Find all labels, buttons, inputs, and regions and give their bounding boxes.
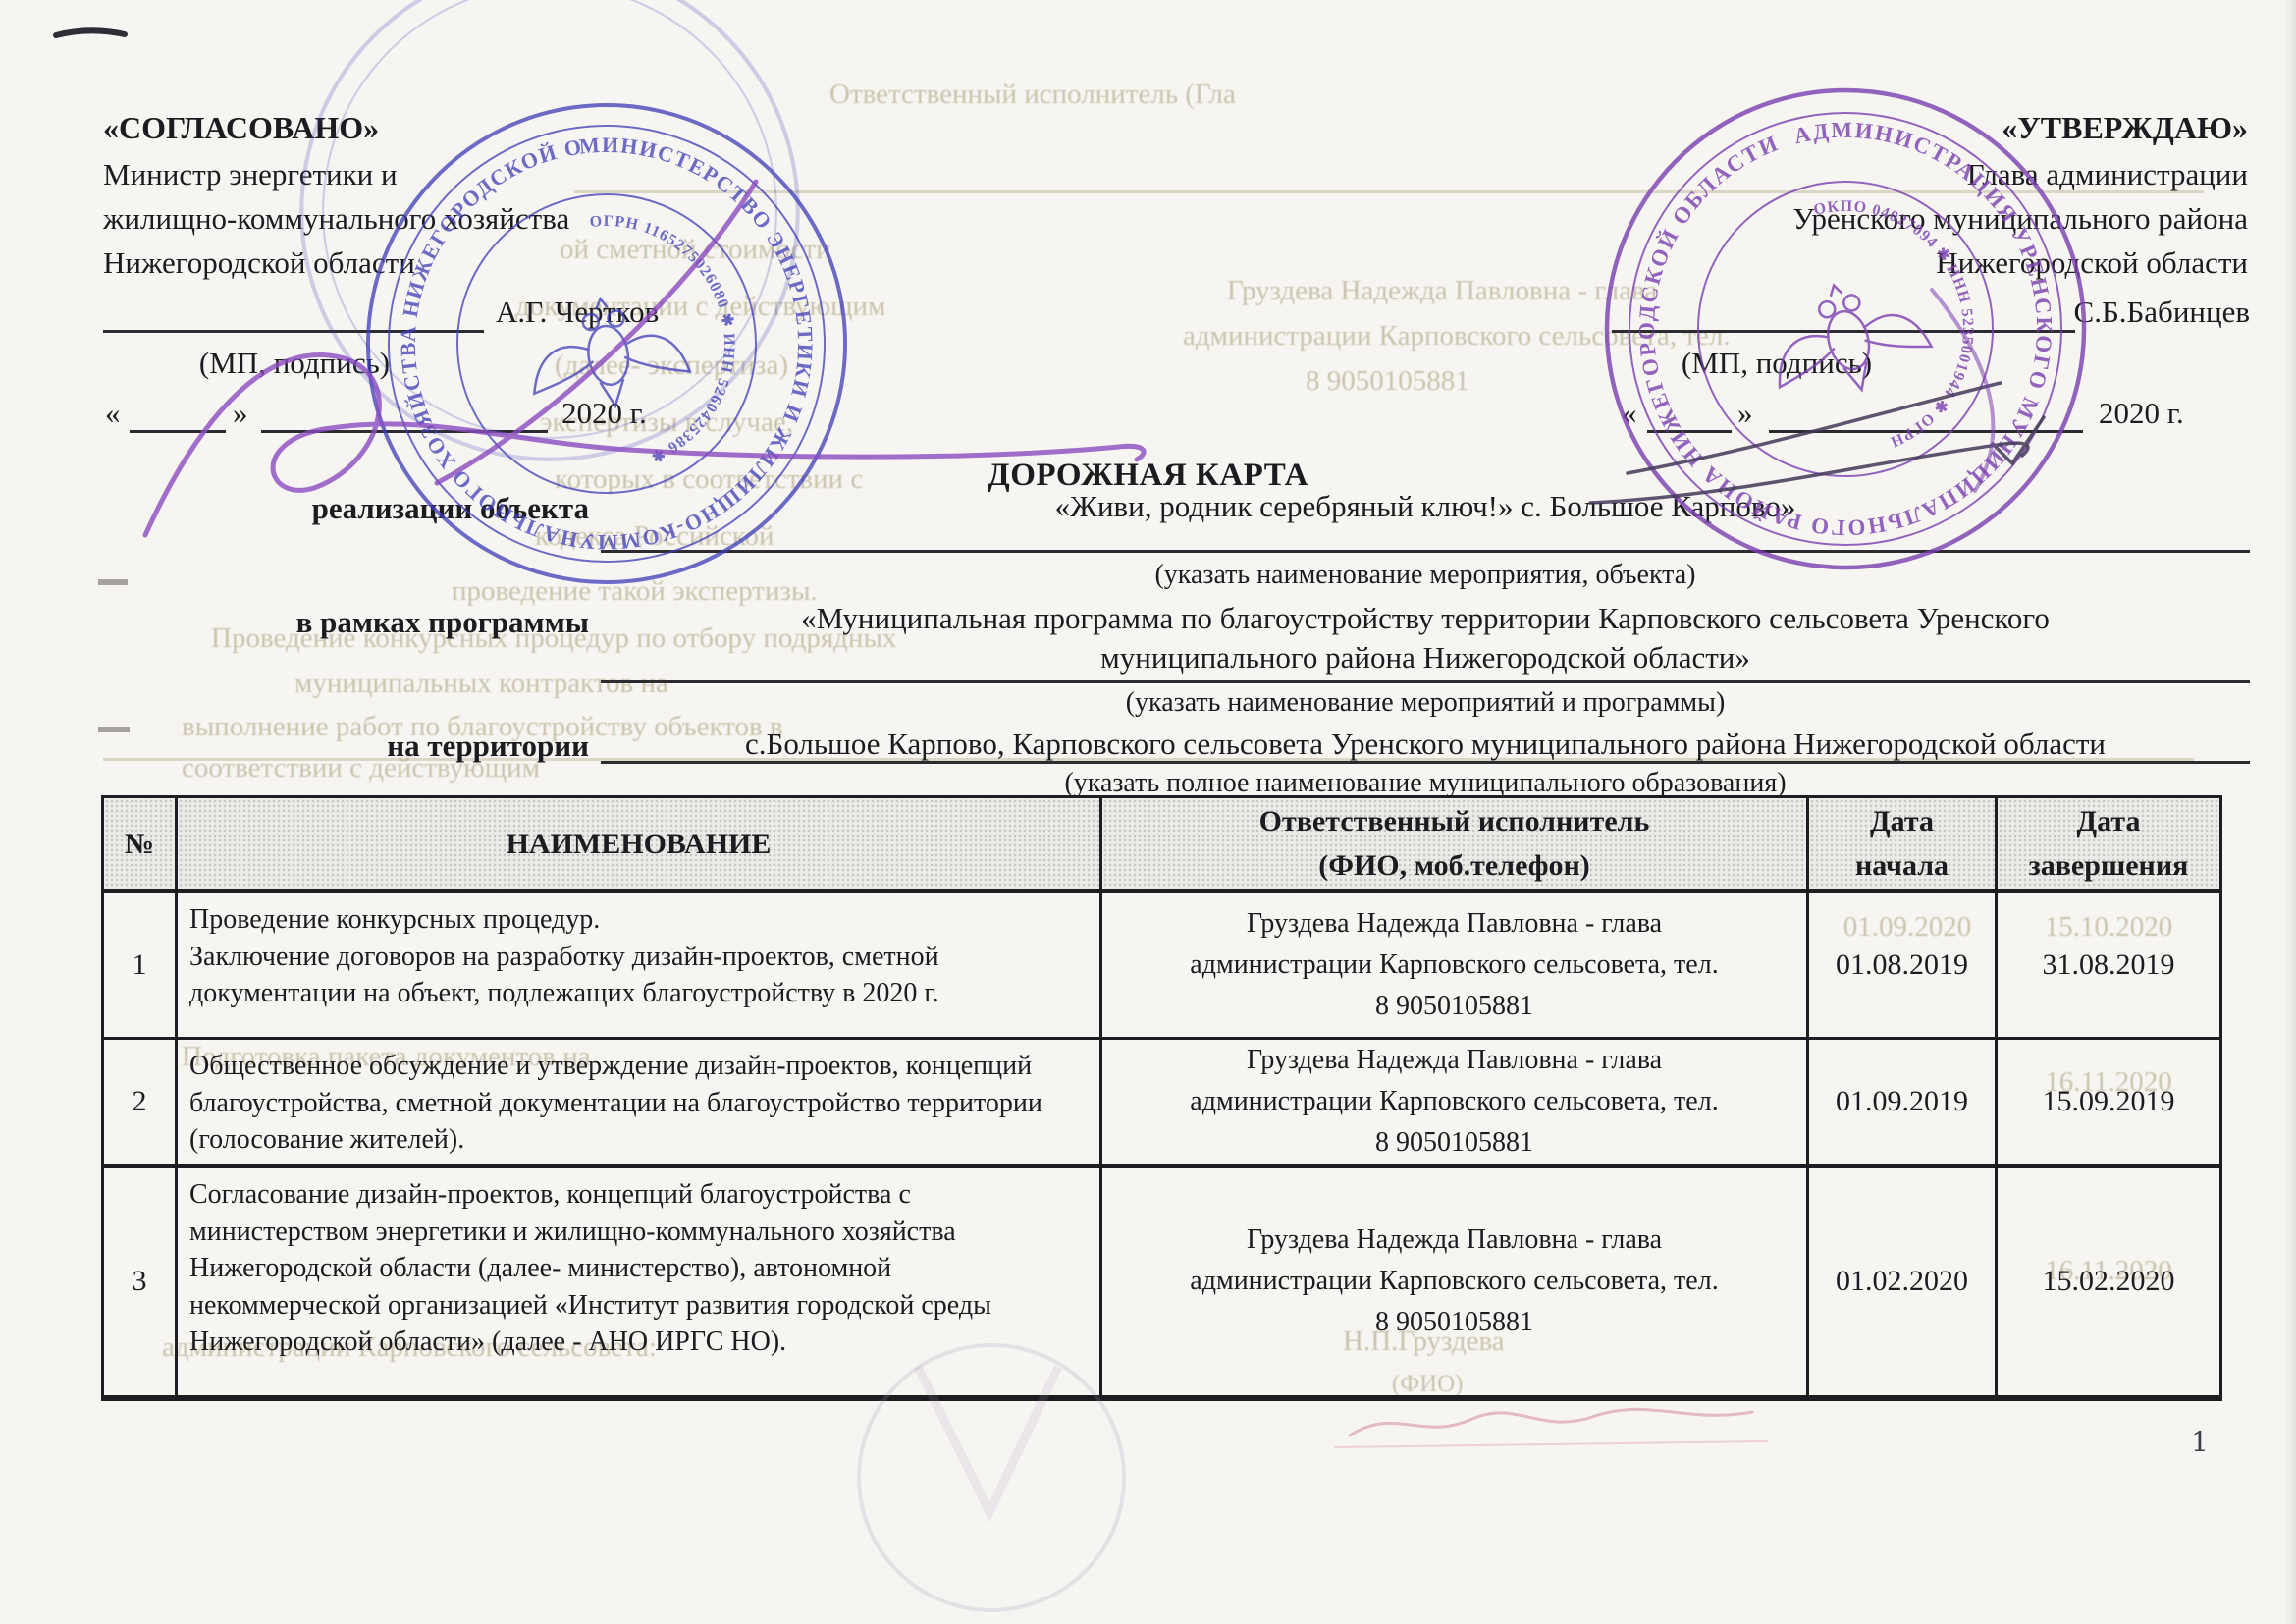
table-row: 1 Проведение конкурсных процедур. Заключ… <box>103 892 2221 1039</box>
header-num: № <box>103 797 177 892</box>
row-num: 1 <box>103 892 177 1039</box>
date-quote-open: « <box>105 396 121 431</box>
territory-underline <box>601 761 2250 764</box>
approval-left-name: А.Г. Чертков <box>496 295 659 330</box>
date-quote-open: « <box>1622 396 1637 431</box>
page-number: 1 <box>2191 1426 2209 1458</box>
table-row: 3 Согласование дизайн-проектов, концепци… <box>103 1166 2221 1398</box>
signature-line <box>103 330 484 333</box>
row-name: Согласование дизайн-проектов, концепций … <box>177 1166 1101 1398</box>
header-date-end: Дата завершения <box>1997 797 2221 892</box>
row-date-start: 01.08.2019 <box>1808 892 1997 1039</box>
row-executor: Груздева Надежда Павловна - глава админи… <box>1101 1166 1808 1398</box>
scanned-document-page: Ответственный исполнитель (Гла ой сметно… <box>0 0 2296 1624</box>
approval-right-line: Уренского муниципального района <box>1659 201 2248 237</box>
approval-right-line: Нижегородской области <box>1659 245 2248 281</box>
program-underline <box>601 680 2250 683</box>
approval-left-mp: (МП, подпись) <box>103 346 486 381</box>
bleed-text: ой сметной стоимости <box>560 234 831 266</box>
roadmap-table: № НАИМЕНОВАНИЕ Ответственный исполнитель… <box>101 795 2222 1401</box>
date-quote-close: » <box>1737 396 1753 431</box>
row-date-end: 15.09.2019 <box>1997 1039 2221 1166</box>
row-date-end: 15.02.2020 <box>1997 1166 2221 1398</box>
date-month-line <box>1769 430 2083 433</box>
row-name: Проведение конкурсных процедур. Заключен… <box>177 892 1101 1039</box>
header-executor: Ответственный исполнитель (ФИО, моб.теле… <box>1101 797 1808 892</box>
date-day-line <box>1647 430 1732 433</box>
program-value-line2: муниципального района Нижегородской обла… <box>601 640 2250 676</box>
date-quote-close: » <box>233 396 248 431</box>
pen-dash-mark <box>56 30 125 35</box>
header-name: НАИМЕНОВАНИЕ <box>177 797 1101 892</box>
row-date-end: 31.08.2019 <box>1997 892 2221 1039</box>
date-month-line <box>261 430 548 433</box>
row-num: 2 <box>103 1039 177 1166</box>
row-date-start: 01.02.2020 <box>1808 1166 1997 1398</box>
approval-left-status: «СОГЛАСОВАНО» <box>103 110 379 146</box>
row-date-start: 01.09.2019 <box>1808 1039 1997 1166</box>
approval-right-line: Глава администрации <box>1659 157 2248 192</box>
row-name: Общественное обсуждение и утверждение ди… <box>177 1039 1101 1166</box>
bleed-handwriting <box>1335 1409 1767 1447</box>
table-row: 2 Общественное обсуждение и утверждение … <box>103 1039 2221 1166</box>
approval-left-line: Министр энергетики и <box>103 157 398 192</box>
object-caption: (указать наименование мероприятия, объек… <box>601 560 2250 591</box>
date-year: 2020 г. <box>561 396 647 431</box>
header-date-start: Дата начала <box>1808 797 1997 892</box>
territory-value: с.Большое Карпово, Карповского сельсовет… <box>601 727 2250 762</box>
approval-left-line: жилищно-коммунального хозяйства <box>103 201 569 237</box>
row-num: 3 <box>103 1166 177 1398</box>
date-day-line <box>130 430 226 433</box>
approval-right-status: «УТВЕРЖДАЮ» <box>1659 110 2248 146</box>
double-eagle-icon <box>1758 265 1938 410</box>
object-value: «Живи, родник серебряный ключ!» с. Больш… <box>601 489 2250 524</box>
row-executor: Груздева Надежда Павловна - глава админи… <box>1101 892 1808 1039</box>
table-header-row: № НАИМЕНОВАНИЕ Ответственный исполнитель… <box>103 797 2221 892</box>
approval-left-line: Нижегородской области <box>103 245 415 281</box>
bleed-text: Ответственный исполнитель (Гла <box>829 79 1236 111</box>
program-label: в рамках программы <box>245 605 589 640</box>
date-year: 2020 г. <box>2099 396 2184 431</box>
bleed-text: (далее- экспертиза) <box>555 350 788 382</box>
approval-right-mp: (МП, подпись) <box>1629 346 1924 381</box>
row-executor: Груздева Надежда Павловна - глава админи… <box>1101 1039 1808 1166</box>
signature-line <box>1612 330 2075 333</box>
bleed-text: Груздева Надежда Павловна - глава <box>1227 275 1657 307</box>
bleed-text: 8 9050105881 <box>1306 365 1469 398</box>
program-caption: (указать наименование мероприятий и прог… <box>601 687 2250 719</box>
object-underline <box>601 550 2250 553</box>
territory-label: на территории <box>245 729 589 764</box>
ministry-stamp: МИНИСТЕРСТВО ЭНЕРГЕТИКИ И ЖИЛИЩНО-КОММУН… <box>330 67 884 622</box>
approval-right-name: С.Б.Бабинцев <box>1855 295 2250 330</box>
program-value-line1: «Муниципальная программа по благоустройс… <box>601 601 2250 636</box>
object-label: реализации объекта <box>245 491 589 526</box>
